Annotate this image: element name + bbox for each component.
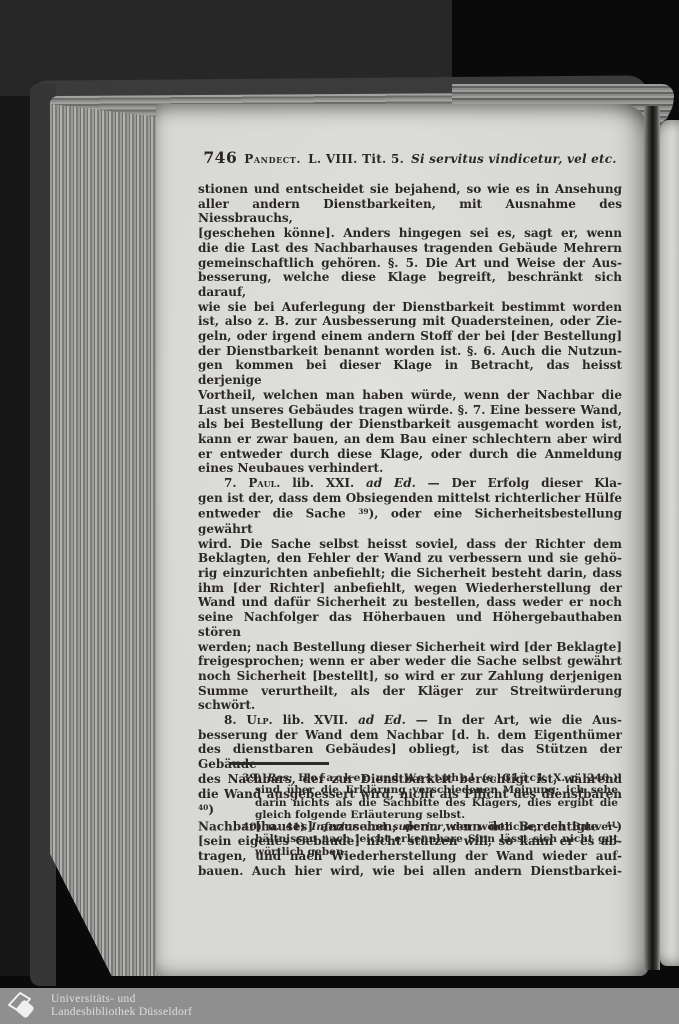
text-line: Last unseres Gebäudes tragen würde. §. 7… xyxy=(198,403,622,418)
open-book-icon xyxy=(5,990,41,1022)
text-line: besserung, welche diese Klage begreift, … xyxy=(198,270,622,299)
page-header: 746 Pandect. L. VIII. Tit. 5. Si servitu… xyxy=(198,148,622,167)
page-number: 746 xyxy=(203,148,237,167)
scanned-book-viewport: 746 Pandect. L. VIII. Tit. 5. Si servitu… xyxy=(0,0,679,1024)
text-line: darin nichts als die Sachbitte des Kläge… xyxy=(242,797,618,809)
text-line: gen ist der, dass dem Obsiegenden mittel… xyxy=(198,491,622,506)
header-series: Pandect. xyxy=(244,152,301,166)
header-citation: L. VIII. Tit. 5. xyxy=(308,152,404,166)
page-stack-fore-edges xyxy=(50,104,160,976)
text-line: rig einzurichten anbefiehlt; die Sicherh… xyxy=(198,566,622,581)
text-line: kann er zwar bauen, an dem Bau einer sch… xyxy=(198,432,622,447)
text-line: besserung der Wand dem Nachbar [d. h. de… xyxy=(198,728,622,743)
text-line: bauen. Auch hier wird, wie bei allen and… xyxy=(198,864,622,879)
text-line: er entweder durch diese Klage, oder durc… xyxy=(198,447,622,462)
text-line: 40) u. 41) Inferior und superior, der wö… xyxy=(242,821,618,833)
text-line: noch Sicherheit [bestellt], so wird er z… xyxy=(198,669,622,684)
text-line: stionen und entscheidet sie bejahend, so… xyxy=(198,182,622,197)
text-line: wird. Die Sache selbst heisst soviel, da… xyxy=(198,537,622,552)
text-line: Vortheil, welchen man haben würde, wenn … xyxy=(198,388,622,403)
text-line: die die Last des Nachbarhauses tragenden… xyxy=(198,241,622,256)
text-line: freigesprochen; wenn er aber weder die S… xyxy=(198,654,622,669)
text-line: der Dienstbarkeit benannt worden ist. §.… xyxy=(198,344,622,359)
header-title-latin: Si servitus vindicetur, vel etc. xyxy=(411,152,616,166)
text-line: gen kommen bei dieser Klage in Betracht,… xyxy=(198,358,622,387)
text-line: seine Nachfolger das Höherbauen und Höhe… xyxy=(198,610,622,639)
text-line: 7. Paul. lib. XXI. ad Ed. — Der Erfolg d… xyxy=(198,476,622,491)
text-line: werden; nach Bestellung dieser Sicherhei… xyxy=(198,640,622,655)
book-page: 746 Pandect. L. VIII. Tit. 5. Si servitu… xyxy=(156,104,648,976)
book-gutter-shadow xyxy=(644,106,660,970)
facing-page-edge xyxy=(660,120,679,966)
library-name-line2: Landesbibliothek Düsseldorf xyxy=(51,1006,192,1020)
library-name: Universitäts- und Landesbibliothek Düsse… xyxy=(51,993,192,1020)
text-line: Wand und dafür Sicherheit zu bestellen, … xyxy=(198,595,622,610)
background-left xyxy=(0,96,34,976)
text-line: wie sie bei Auferlegung der Dienstbarkei… xyxy=(198,300,622,315)
footnotes: 39) Res; Hofacker und Westphal (s. Glück… xyxy=(242,772,618,858)
library-footer-bar: Universitäts- und Landesbibliothek Düsse… xyxy=(0,988,679,1024)
text-line: aller andern Dienstbarkeiten, mit Ausnah… xyxy=(198,197,622,226)
text-line: Beklagten, den Fehler der Wand zu verbes… xyxy=(198,551,622,566)
text-line: ist, also z. B. zur Ausbesserung mit Qua… xyxy=(198,314,622,329)
text-line: sind über die Erklärung verschiedener Me… xyxy=(242,784,618,796)
text-line: entweder die Sache 39), oder eine Sicher… xyxy=(198,505,622,536)
text-line: eines Neubaues verhindert. xyxy=(198,461,622,476)
library-name-line1: Universitäts- und xyxy=(51,993,192,1007)
text-line: wörtlich geben. xyxy=(242,846,618,858)
text-line: 39) Res; Hofacker und Westphal (s. Glück… xyxy=(242,772,618,784)
text-line: Summe verurtheilt, als der Kläger zur St… xyxy=(198,684,622,713)
text-line: gleich folgende Erläuterung selbst. xyxy=(242,809,618,821)
text-line: hältnissen nach leicht erkennbare Sinn l… xyxy=(242,833,618,845)
footnote-rule xyxy=(230,762,329,765)
text-line: als bei Bestellung der Dienstbarkeit aus… xyxy=(198,417,622,432)
text-line: ihm [der Richter] anbefiehlt, wegen Wied… xyxy=(198,581,622,596)
text-line: 8. Ulp. lib. XVII. ad Ed. — In der Art, … xyxy=(198,713,622,728)
text-line: des dienstbaren Gebäudes] obliegt, ist d… xyxy=(198,742,622,771)
text-line: gemeinschaftlich gehören. §. 5. Die Art … xyxy=(198,256,622,271)
text-line: geln, oder irgend einem andern Stoff der… xyxy=(198,329,622,344)
text-line: [geschehen könne]. Anders hingegen sei e… xyxy=(198,226,622,241)
